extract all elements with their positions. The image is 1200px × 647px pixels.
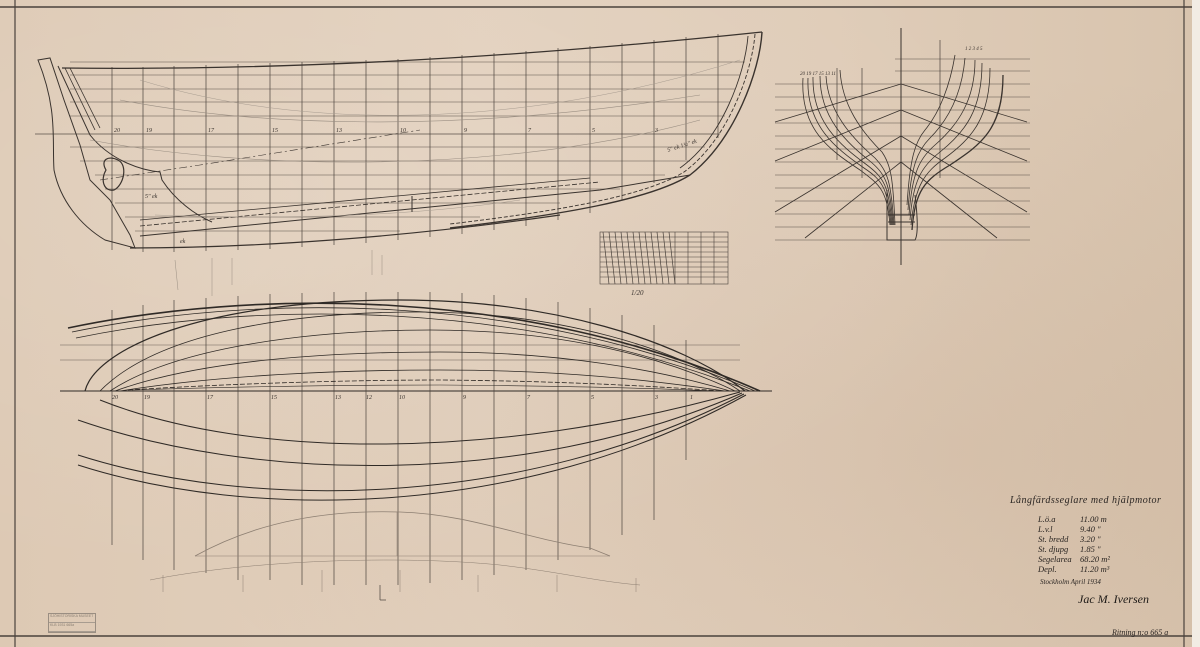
svg-text:15: 15 bbox=[272, 128, 278, 134]
svg-text:1 2 3 4 5: 1 2 3 4 5 bbox=[965, 47, 983, 52]
drawing-title: Långfärdsseglare med hjälpmotor bbox=[1010, 495, 1190, 506]
svg-text:17: 17 bbox=[207, 395, 214, 401]
sheer-plan bbox=[35, 32, 762, 252]
svg-text:13: 13 bbox=[336, 128, 342, 134]
svg-text:3: 3 bbox=[654, 128, 658, 134]
svg-text:1: 1 bbox=[690, 395, 693, 401]
svg-text:9: 9 bbox=[464, 128, 467, 134]
svg-text:15: 15 bbox=[271, 395, 277, 401]
signature: Jac M. Iversen bbox=[1078, 592, 1149, 607]
spec-row-sail-area: Segelarea 68.20 m² bbox=[1038, 554, 1190, 564]
pencil-notes bbox=[175, 250, 382, 296]
svg-text:5" ek 1½" ek: 5" ek 1½" ek bbox=[666, 138, 698, 154]
spec-row-lwl: L.v.l 9.40 " bbox=[1038, 524, 1190, 534]
svg-text:5: 5 bbox=[592, 128, 595, 134]
svg-text:7: 7 bbox=[527, 395, 531, 401]
body-plan-labels: 20 19 17 15 13 11 1 2 3 4 5 bbox=[800, 47, 983, 77]
svg-text:19: 19 bbox=[146, 128, 152, 134]
svg-text:5: 5 bbox=[591, 395, 594, 401]
sheer-station-labels: 20 19 17 15 13 10 9 7 5 3 5" ek ek 5" ek… bbox=[114, 128, 698, 245]
svg-text:13: 13 bbox=[335, 395, 341, 401]
svg-text:3: 3 bbox=[654, 395, 658, 401]
svg-text:10: 10 bbox=[400, 128, 406, 134]
half-breadth-station-labels: 20 19 17 15 13 12 10 9 7 5 3 1 bbox=[112, 395, 693, 401]
half-breadth-plan bbox=[60, 292, 772, 585]
svg-text:10: 10 bbox=[399, 395, 405, 401]
svg-text:12: 12 bbox=[366, 395, 372, 401]
spec-row-displacement: Depl. 11.20 m³ bbox=[1038, 564, 1190, 574]
svg-text:17: 17 bbox=[208, 128, 215, 134]
svg-text:7: 7 bbox=[528, 128, 532, 134]
sectional-area-curve bbox=[150, 512, 640, 600]
body-plan bbox=[775, 28, 1030, 265]
scale-bar bbox=[600, 232, 728, 284]
scale-label: 1/20 bbox=[631, 289, 643, 297]
spec-row-loa: L.ö.a 11.00 m bbox=[1038, 514, 1190, 524]
title-block: Långfärdsseglare med hjälpmotor L.ö.a 11… bbox=[1010, 495, 1190, 574]
archive-stamp: SJÖHISTORISKA MUSEET KLB 1931 665a bbox=[48, 613, 96, 633]
svg-text:20: 20 bbox=[114, 128, 120, 134]
svg-text:5" ek: 5" ek bbox=[145, 194, 158, 200]
spec-row-draft: St. djupg 1.85 " bbox=[1038, 544, 1190, 554]
svg-text:20: 20 bbox=[112, 395, 118, 401]
place-date: Stockholm April 1934 bbox=[1040, 578, 1101, 586]
drawing-number: Ritning n:o 665 a bbox=[1112, 628, 1168, 637]
svg-text:ek: ek bbox=[180, 239, 186, 245]
drawing-sheet: 20 19 17 15 13 10 9 7 5 3 5" ek ek 5" ek… bbox=[0, 0, 1200, 647]
svg-text:20 19 17 15 13 11: 20 19 17 15 13 11 bbox=[800, 72, 836, 77]
spec-row-beam: St. bredd 3.20 " bbox=[1038, 534, 1190, 544]
svg-text:9: 9 bbox=[463, 395, 466, 401]
svg-text:19: 19 bbox=[144, 395, 150, 401]
